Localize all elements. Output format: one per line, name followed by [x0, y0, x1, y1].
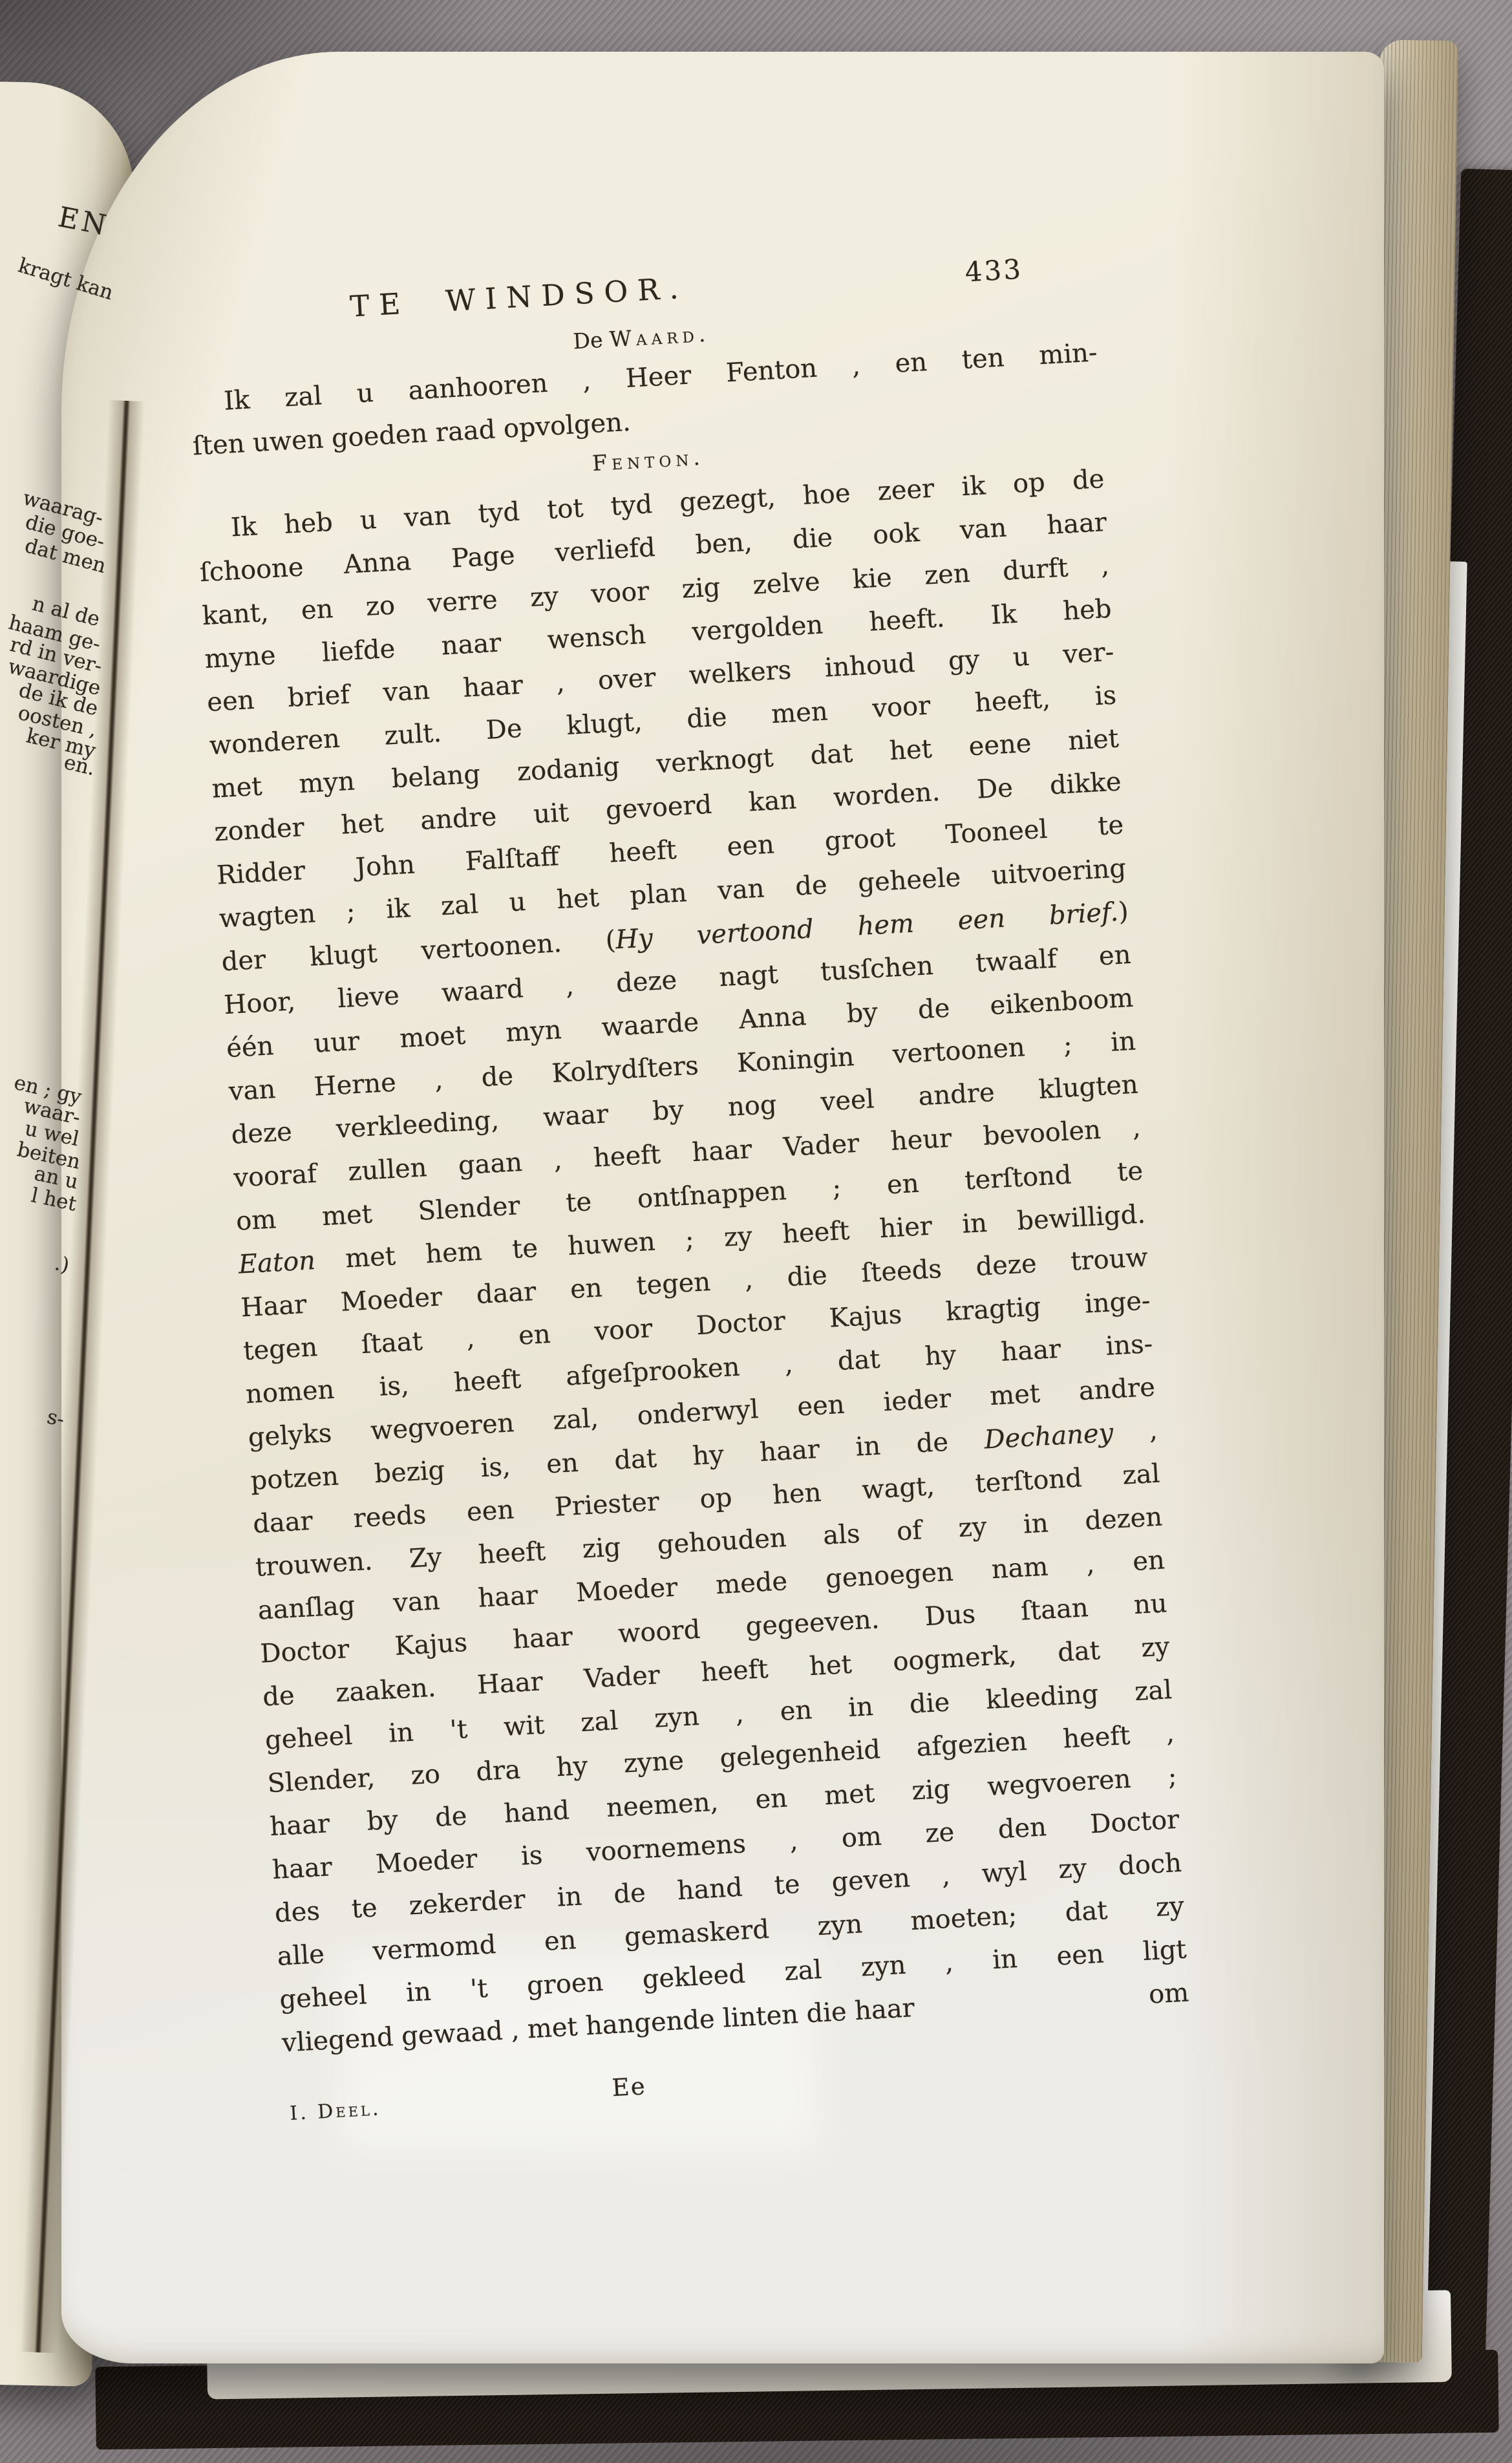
signature-mark: Ee — [611, 2064, 648, 2109]
left-page-text-fragment: .) — [53, 1252, 72, 1277]
speaker-name: Fenton. — [591, 445, 705, 476]
facing-page-text-fragments: ENkragt kanwaarag-die goe-dat menn al de… — [0, 0, 133, 2463]
speaker-prefix: De — [572, 326, 610, 354]
left-page-text-fragment: s- — [45, 1405, 66, 1432]
volume-label: I. Deel. — [289, 2087, 383, 2135]
fabric-background: { "page_header": { "title": "TE WINDSOR.… — [0, 0, 1512, 2463]
speech-lines: Ik heb u van tyd tot tyd gezegt, hoe zee… — [197, 458, 1188, 2022]
catchword: om — [1147, 1971, 1190, 2016]
page-text-block: TE WINDSOR. 433 De Waard. Ik zal u aanho… — [184, 244, 1193, 2124]
left-page-text-fragment: EN — [56, 201, 112, 242]
page-number: 433 — [964, 248, 1024, 294]
left-page-text-fragment: kragt kan — [16, 254, 116, 305]
fenton-speech: Fenton. Ik heb u van tyd tot tyd gezegt,… — [194, 421, 1190, 2065]
speaker-name: Waard. — [609, 321, 710, 352]
